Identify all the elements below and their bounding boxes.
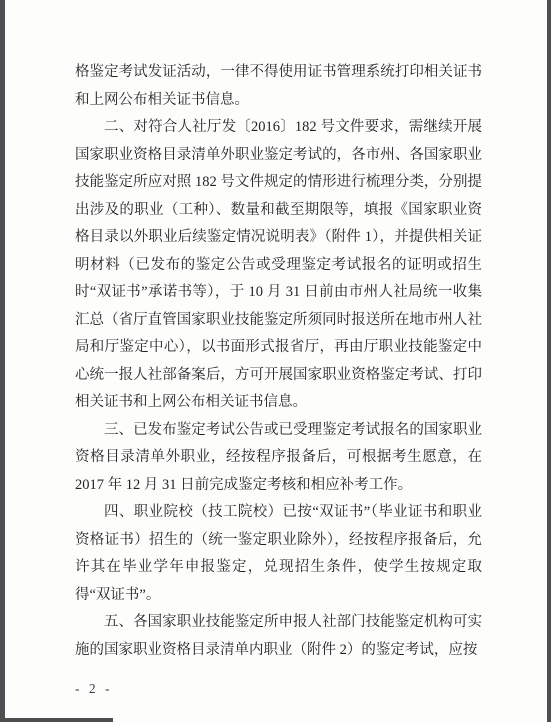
document-body: 格鉴定考试发证活动，一律不得使用证书管理系统打印相关证书和上网公布相关证书信息。… <box>75 59 482 664</box>
paragraph-continuation: 格鉴定考试发证活动，一律不得使用证书管理系统打印相关证书和上网公布相关证书信息。 <box>75 59 482 114</box>
paragraph-item-5: 五、各国家职业技能鉴定所申报人社部门技能鉴定机构可实施的国家职业资格目录清单内职… <box>75 609 482 664</box>
scanned-document-page: 格鉴定考试发证活动，一律不得使用证书管理系统打印相关证书和上网公布相关证书信息。… <box>0 0 551 722</box>
paragraph-item-3: 三、已发布鉴定考试公告或已受理鉴定考试报名的国家职业资格目录清单外职业，经按程序… <box>75 417 482 500</box>
page-number: - 2 - <box>75 681 113 697</box>
scan-edge-bottom <box>0 718 113 722</box>
paragraph-item-2: 二、对符合人社厅发〔2016〕182 号文件要求，需继续开展国家职业资格目录清单… <box>75 114 482 417</box>
scan-edge-right <box>547 0 551 722</box>
paragraph-item-4: 四、职业院校（技工院校）已按“双证书”（毕业证书和职业资格证书）招生的（统一鉴定… <box>75 499 482 609</box>
scan-edge-left <box>0 0 5 722</box>
